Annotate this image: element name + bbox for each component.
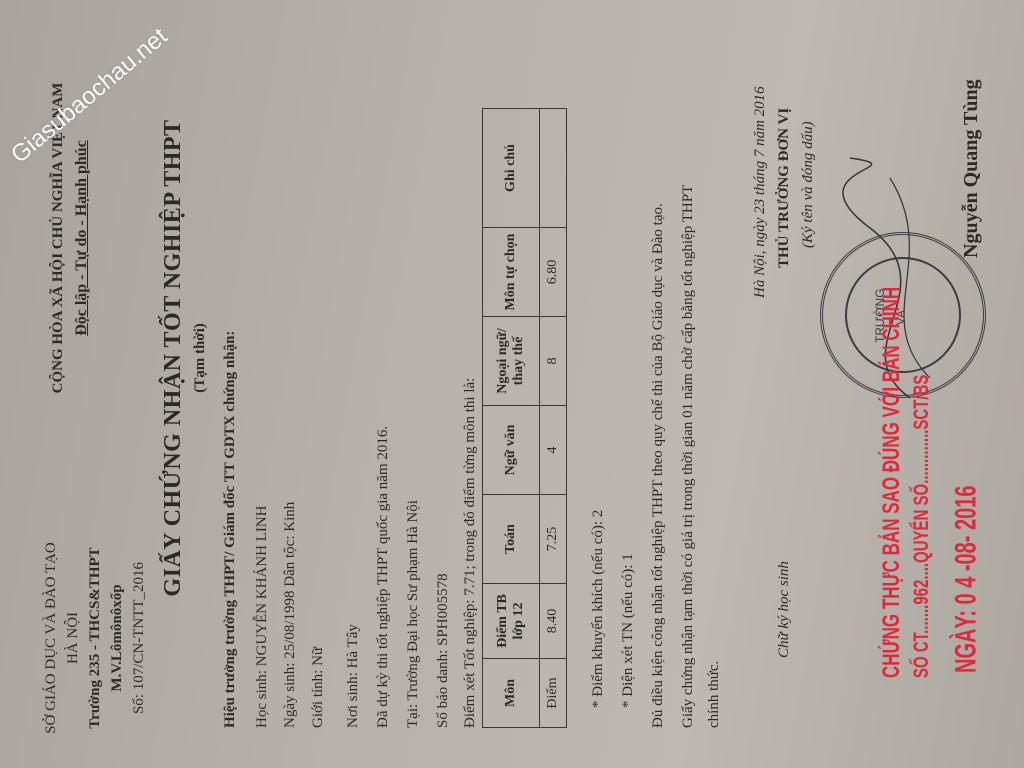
signer-name: Nguyễn Quang Tùng [960,79,983,258]
score-summary: Điểm xét Tốt nghiệp: 7.71; trong đó điểm… [462,378,479,728]
school-name: Trường 235 - THCS&THPT [84,508,106,768]
school-name-2: M.V.Lômônôxốp [106,508,128,768]
student-name: Học sinh: NGUYỄN KHÁNH LINH [254,506,271,728]
certification-stamp-line1: CHỨNG THỰC BẢN SAO ĐÚNG VỚI BẢN CHÍNH [878,287,906,678]
score-table: Môn Điểm TB lớp 12 Toán Ngữ văn Ngoại ng… [482,108,567,728]
col-elective: Môn tự chọn [483,228,540,317]
col-gpa: Điểm TB lớp 12 [483,584,540,659]
certification-stamp-line2: SỐ CT.......962....QUYỂN SỐ.............… [910,375,934,678]
exam-line: Đã dự kỳ thi tốt nghiệp THPT quốc gia nă… [375,426,392,728]
student-birthplace: Nơi sinh: Hà Tây [345,624,362,728]
candidate-number: Số báo danh: SPH005578 [435,573,452,728]
graduation-category: * Diện xét TN (nếu có): 1 [620,553,637,708]
col-note: Ghi chú [483,109,540,228]
score-table-header: Môn Điểm TB lớp 12 Toán Ngữ văn Ngoại ng… [483,109,540,728]
col-subject: Môn [483,659,540,728]
place-date: Hà Nội, ngày 23 tháng 7 năm 2016 [752,86,769,298]
cell-math: 7.25 [540,495,567,584]
student-dob: Ngày sinh: 25/08/1998 Dân tộc: Kinh [282,502,299,728]
department-city: HÀ NỘI [62,508,84,768]
validity-statement-2: chính thức. [706,661,723,728]
cell-literature: 4 [540,406,567,495]
certification-date: NGÀY: 0 4 -08- 2016 [950,486,985,674]
cell-gpa: 8.40 [540,584,567,659]
exam-venue: Tại: Trường Đại học Sư phạm Hà Nội [405,500,422,728]
bonus-points: * Điểm khuyến khích (nếu có): 2 [590,510,607,708]
cell-foreign-language: 8 [540,317,567,406]
national-header: CỘNG HÒA XÃ HỘI CHỦ NGHĨA VIỆT NAM Độc l… [46,8,94,468]
validity-statement: Giấy chứng nhận tạm thời có giá trị tron… [680,185,697,728]
col-foreign-language: Ngoại ngữ/ thay thế [483,317,540,406]
cell-note [540,109,567,228]
student-signature-label: Chữ ký học sinh [776,561,793,658]
department-name: SỞ GIÁO DỤC VÀ ĐÀO TẠO [40,508,62,768]
student-gender: Giới tính: Nữ [310,647,327,728]
issuer-header: SỞ GIÁO DỤC VÀ ĐÀO TẠO HÀ NỘI Trường 235… [40,508,150,768]
col-literature: Ngữ văn [483,406,540,495]
intro-line: Hiệu trưởng trường THPT/ Giám đốc TT GDT… [222,331,239,728]
signer-role: THỦ TRƯỞNG ĐƠN VỊ [776,108,793,268]
cell-elective: 6.80 [540,228,567,317]
eligibility-statement: Đủ điều kiện công nhận tốt nghiệp THPT t… [650,203,667,728]
certificate-page: SỞ GIÁO DỤC VÀ ĐÀO TẠO HÀ NỘI Trường 235… [0,0,1024,768]
document-subtitle: (Tạm thời) [192,78,209,638]
document-number: Số: 107/CN-TNTT_2016 [128,508,150,768]
document-title: GIẤY CHỨNG NHẬN TỐT NGHIỆP THPT [160,78,187,638]
col-math: Toán [483,495,540,584]
nation-name: CỘNG HÒA XÃ HỘI CHỦ NGHĨA VIỆT NAM [46,8,70,468]
signer-role-note: (Ký tên và đóng dấu) [800,121,817,248]
table-row: Điểm 8.40 7.25 4 8 6.80 [540,109,567,728]
cell-label: Điểm [540,659,567,728]
